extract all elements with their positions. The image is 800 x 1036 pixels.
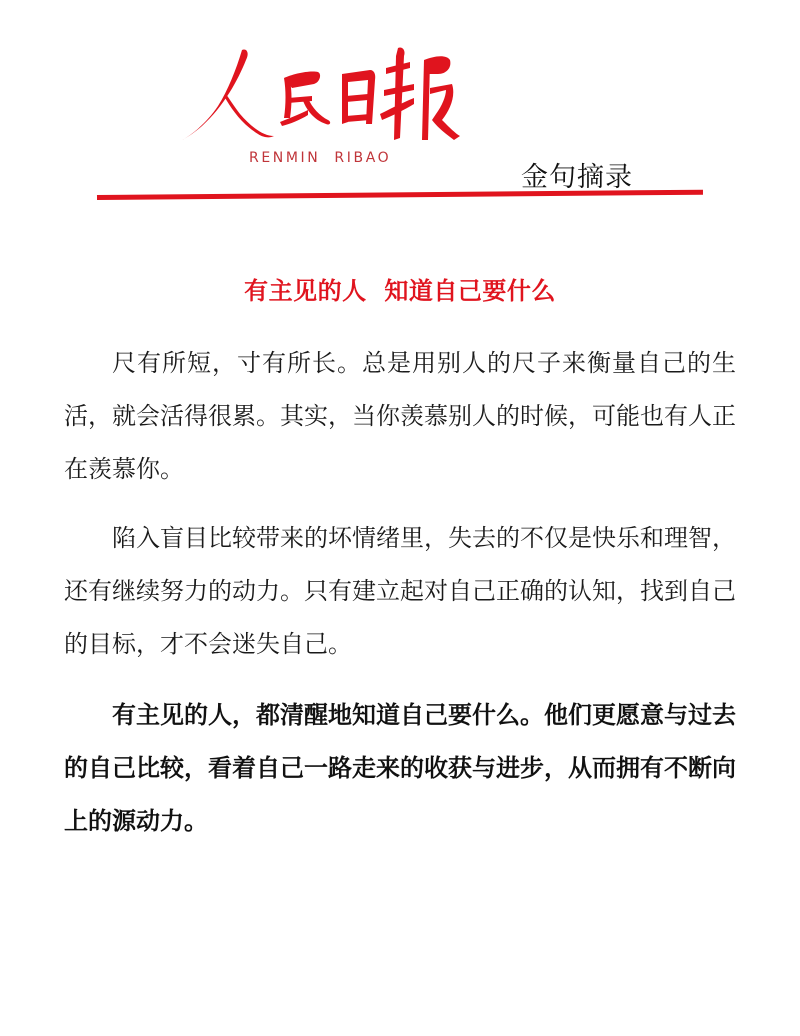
logo-english-wordmark: RENMIN RIBAO	[249, 150, 391, 166]
renmin-ribao-logo	[180, 40, 460, 145]
article-paragraph-2: 陷入盲目比较带来的坏情绪里，失去的不仅是快乐和理智，还有继续努力的动力。只有建立…	[64, 512, 736, 671]
calligraphy-logo-icon	[180, 40, 460, 145]
section-label: 金句摘录	[521, 155, 633, 194]
article-headline: 有主见的人 知道自己要什么	[0, 271, 800, 306]
article-paragraph-1: 尺有所短，寸有所长。总是用别人的尺子来衡量自己的生活，就会活得很累。其实，当你羡…	[64, 337, 736, 496]
article-paragraph-3-emphasis: 有主见的人，都清醒地知道自己要什么。他们更愿意与过去的自己比较，看着自己一路走来…	[64, 689, 736, 848]
red-divider-rule	[97, 190, 703, 200]
masthead: RENMIN RIBAO 金句摘录	[0, 0, 800, 220]
